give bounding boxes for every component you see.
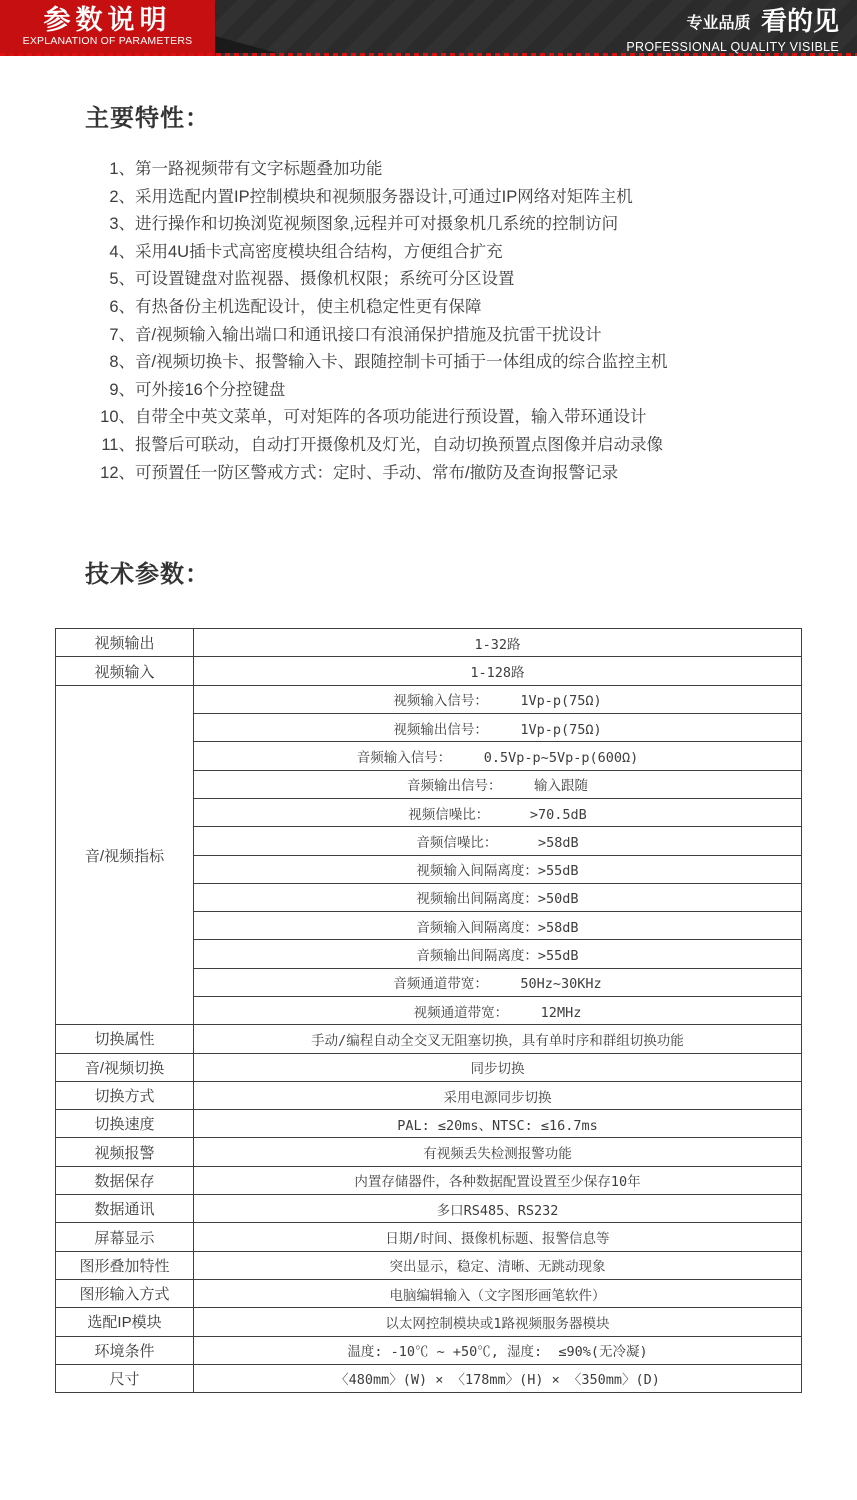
feature-item: 6、有热备份主机选配设计，使主机稳定性更有保障 (99, 294, 857, 322)
spec-row: 切换方式采用电源同步切换 (56, 1081, 802, 1109)
spec-label-cell: 选配IP模块 (56, 1308, 194, 1336)
brand-slogan-en: PROFESSIONAL QUALITY VISIBLE (626, 40, 839, 54)
spec-value-cell: 温度: -10℃ ~ +50℃, 湿度: ≤90%(无冷凝) (194, 1336, 802, 1364)
feature-item-text: 可设置键盘对监视器、摄像机权限；系统可分区设置 (135, 266, 515, 294)
spec-label-cell: 音/视频切换 (56, 1053, 194, 1081)
spec-label-cell: 尺寸 (56, 1364, 194, 1392)
spec-value-cell: 视频输入间隔离度：>55dB (194, 855, 802, 883)
spec-value-cell: 视频输入信号： 1Vp-p(75Ω) (194, 685, 802, 713)
spec-row: 数据保存内置存储器件，各种数据配置设置至少保存10年 (56, 1166, 802, 1194)
spec-row: 视频输入1-128路 (56, 657, 802, 685)
spec-label-cell: 图形输入方式 (56, 1279, 194, 1307)
feature-item: 5、可设置键盘对监视器、摄像机权限；系统可分区设置 (99, 266, 857, 294)
feature-item: 3、进行操作和切换浏览视频图象,远程并可对摄象机几系统的控制访问 (99, 211, 857, 239)
spec-row: 屏幕显示日期/时间、摄像机标题、报警信息等 (56, 1223, 802, 1251)
banner-dotted-divider (0, 53, 857, 56)
spec-value-cell: 同步切换 (194, 1053, 802, 1081)
spec-value-cell: 视频通道带宽： 12MHz (194, 996, 802, 1024)
spec-row: 音/视频指标视频输入信号： 1Vp-p(75Ω) (56, 685, 802, 713)
feature-item: 11、报警后可联动，自动打开摄像机及灯光，自动切换预置点图像并启动录像 (99, 432, 857, 460)
features-heading: 主要特性： (85, 98, 857, 133)
feature-item: 8、音/视频切换卡、报警输入卡、跟随控制卡可插于一体组成的综合监控主机 (99, 349, 857, 377)
spec-value-cell: 视频输出间隔离度：>50dB (194, 883, 802, 911)
feature-item-text: 可外接16个分控键盘 (135, 377, 285, 405)
spec-label-cell: 数据通讯 (56, 1195, 194, 1223)
feature-item-number: 3、 (99, 211, 135, 239)
spec-value-cell: 有视频丢失检测报警功能 (194, 1138, 802, 1166)
banner-wedge-decoration (215, 36, 277, 53)
feature-item: 1、第一路视频带有文字标题叠加功能 (99, 156, 857, 184)
feature-item-number: 9、 (99, 377, 135, 405)
spec-value-cell: 音频输入间隔离度：>58dB (194, 912, 802, 940)
spec-row: 切换速度PAL: ≤20ms、NTSC: ≤16.7ms (56, 1110, 802, 1138)
feature-item-number: 2、 (99, 184, 135, 212)
feature-item-text: 第一路视频带有文字标题叠加功能 (135, 156, 383, 184)
feature-item: 7、音/视频输入输出端口和通讯接口有浪涌保护措施及抗雷干扰设计 (99, 322, 857, 350)
spec-value-cell: 音频输出间隔离度：>55dB (194, 940, 802, 968)
brand-slogan-cn-big: 看的见 (761, 6, 839, 36)
page-title-en: EXPLANATION OF PARAMETERS (0, 35, 215, 48)
feature-item: 2、采用选配内置IP控制模块和视频服务器设计,可通过IP网络对矩阵主机 (99, 184, 857, 212)
spec-label-cell: 切换属性 (56, 1025, 194, 1053)
feature-item-number: 4、 (99, 239, 135, 267)
spec-value-cell: 采用电源同步切换 (194, 1081, 802, 1109)
spec-row: 环境条件温度: -10℃ ~ +50℃, 湿度: ≤90%(无冷凝) (56, 1336, 802, 1364)
feature-item: 4、采用4U插卡式高密度模块组合结构，方便组合扩充 (99, 239, 857, 267)
brand-slogan-cn: 专业品质 看的见 (626, 7, 839, 40)
features-list: 1、第一路视频带有文字标题叠加功能2、采用选配内置IP控制模块和视频服务器设计,… (99, 156, 857, 487)
spec-label-cell: 视频输入 (56, 657, 194, 685)
specs-table: 视频输出1-32路视频输入1-128路音/视频指标视频输入信号： 1Vp-p(7… (55, 628, 802, 1393)
spec-label-cell: 视频输出 (56, 629, 194, 657)
spec-label-cell: 数据保存 (56, 1166, 194, 1194)
feature-item-number: 11、 (99, 432, 135, 460)
spec-value-cell: 电脑编辑输入（文字图形画笔软件） (194, 1279, 802, 1307)
feature-item-text: 音/视频切换卡、报警输入卡、跟随控制卡可插于一体组成的综合监控主机 (135, 349, 668, 377)
spec-value-cell: PAL: ≤20ms、NTSC: ≤16.7ms (194, 1110, 802, 1138)
spec-label-cell: 视频报警 (56, 1138, 194, 1166)
brand-slogan-cn-small: 专业品质 (687, 15, 751, 32)
spec-value-cell: 音频输出信号： 输入跟随 (194, 770, 802, 798)
feature-item: 10、自带全中英文菜单，可对矩阵的各项功能进行预设置，输入带环通设计 (99, 404, 857, 432)
feature-item-text: 进行操作和切换浏览视频图象,远程并可对摄象机几系统的控制访问 (135, 211, 618, 239)
page-title: 参数说明 (0, 5, 215, 35)
feature-item-number: 6、 (99, 294, 135, 322)
spec-row: 音/视频切换同步切换 (56, 1053, 802, 1081)
spec-value-cell: 音频输入信号： 0.5Vp-p~5Vp-p(600Ω) (194, 742, 802, 770)
spec-value-cell: 视频输出信号： 1Vp-p(75Ω) (194, 714, 802, 742)
brand-slogan: 专业品质 看的见 PROFESSIONAL QUALITY VISIBLE (626, 7, 839, 54)
feature-item-text: 采用选配内置IP控制模块和视频服务器设计,可通过IP网络对矩阵主机 (135, 184, 633, 212)
spec-value-cell: 日期/时间、摄像机标题、报警信息等 (194, 1223, 802, 1251)
spec-value-cell: 突出显示，稳定、清晰、无跳动现象 (194, 1251, 802, 1279)
spec-value-cell: 手动/编程自动全交叉无阻塞切换，具有单时序和群组切换功能 (194, 1025, 802, 1053)
spec-value-cell: 内置存储器件，各种数据配置设置至少保存10年 (194, 1166, 802, 1194)
spec-value-cell: 1-128路 (194, 657, 802, 685)
spec-row: 选配IP模块以太网控制模块或1路视频服务器模块 (56, 1308, 802, 1336)
feature-item-text: 音/视频输入输出端口和通讯接口有浪涌保护措施及抗雷干扰设计 (135, 322, 602, 350)
spec-value-cell: 以太网控制模块或1路视频服务器模块 (194, 1308, 802, 1336)
feature-item-text: 可预置任一防区警戒方式：定时、手动、常布/撤防及查询报警记录 (135, 460, 618, 488)
spec-row: 图形叠加特性突出显示，稳定、清晰、无跳动现象 (56, 1251, 802, 1279)
spec-value-cell: 音频信噪比： >58dB (194, 827, 802, 855)
spec-label-cell: 图形叠加特性 (56, 1251, 194, 1279)
feature-item: 12、可预置任一防区警戒方式：定时、手动、常布/撤防及查询报警记录 (99, 460, 857, 488)
specs-heading: 技术参数： (85, 554, 857, 589)
spec-group-label-cell: 音/视频指标 (56, 685, 194, 1025)
feature-item-number: 7、 (99, 322, 135, 350)
feature-item-number: 1、 (99, 156, 135, 184)
spec-row: 视频报警有视频丢失检测报警功能 (56, 1138, 802, 1166)
spec-label-cell: 屏幕显示 (56, 1223, 194, 1251)
spec-label-cell: 切换速度 (56, 1110, 194, 1138)
spec-value-cell: 〈480mm〉(W) × 〈178mm〉(H) × 〈350mm〉(D) (194, 1364, 802, 1392)
spec-row: 数据通讯多口RS485、RS232 (56, 1195, 802, 1223)
spec-value-cell: 视频信噪比： >70.5dB (194, 798, 802, 826)
spec-label-cell: 切换方式 (56, 1081, 194, 1109)
feature-item-text: 报警后可联动，自动打开摄像机及灯光，自动切换预置点图像并启动录像 (135, 432, 663, 460)
feature-item-number: 5、 (99, 266, 135, 294)
header-banner: 参数说明 EXPLANATION OF PARAMETERS 专业品质 看的见 … (0, 0, 857, 56)
feature-item-text: 自带全中英文菜单，可对矩阵的各项功能进行预设置，输入带环通设计 (135, 404, 647, 432)
feature-item: 9、可外接16个分控键盘 (99, 377, 857, 405)
feature-item-text: 采用4U插卡式高密度模块组合结构，方便组合扩充 (135, 239, 503, 267)
feature-item-number: 12、 (99, 460, 135, 488)
feature-item-number: 10、 (99, 404, 135, 432)
spec-row: 图形输入方式电脑编辑输入（文字图形画笔软件） (56, 1279, 802, 1307)
spec-label-cell: 环境条件 (56, 1336, 194, 1364)
spec-row: 切换属性手动/编程自动全交叉无阻塞切换，具有单时序和群组切换功能 (56, 1025, 802, 1053)
feature-item-text: 有热备份主机选配设计，使主机稳定性更有保障 (135, 294, 482, 322)
feature-item-number: 8、 (99, 349, 135, 377)
spec-value-cell: 多口RS485、RS232 (194, 1195, 802, 1223)
header-title-block: 参数说明 EXPLANATION OF PARAMETERS (0, 0, 215, 56)
spec-row: 视频输出1-32路 (56, 629, 802, 657)
spec-value-cell: 1-32路 (194, 629, 802, 657)
spec-row: 尺寸〈480mm〉(W) × 〈178mm〉(H) × 〈350mm〉(D) (56, 1364, 802, 1392)
spec-value-cell: 音频通道带宽： 50Hz~30KHz (194, 968, 802, 996)
